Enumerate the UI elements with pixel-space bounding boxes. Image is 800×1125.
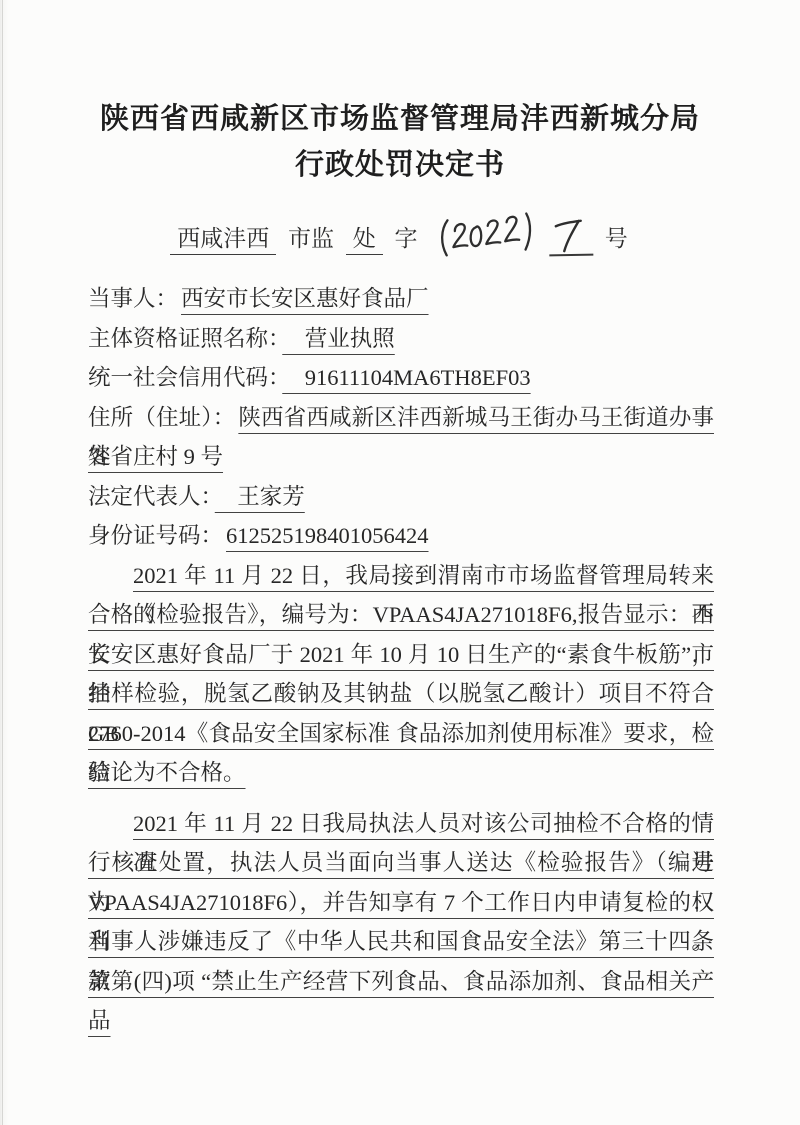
field-value: 612525198401056424 xyxy=(226,523,429,548)
document-title-line1: 陕西省西咸新区市场监督管理局沣西新城分局 xyxy=(0,96,800,142)
field-value: 王家芳 xyxy=(215,484,305,509)
id-number-line: 身份证号码：612525198401056424 xyxy=(88,516,714,556)
docnum-mid1: 市监 xyxy=(288,226,334,251)
paragraph1-line2: 合格《检验报告》，编号为：VPAAS4JA271018F6,报告显示：西安市 xyxy=(88,595,714,635)
docnum-type-blank: 处 xyxy=(346,226,383,255)
paragraph2-line4: 当事人涉嫌违反了《中华人民共和国食品安全法》第三十四条第一 xyxy=(88,922,714,962)
body-text: 款第(四)项 “禁止生产经营下列食品、食品添加剂、食品相关产品 xyxy=(88,969,714,1034)
docnum-mid2: 字 xyxy=(395,226,418,251)
document-title-line2: 行政处罚决定书 xyxy=(0,142,800,188)
paragraph1-line3: 长安区惠好食品厂于 2021 年 10 月 10 日生产的“素食牛板筋”，经 xyxy=(88,635,714,675)
docnum-suffix: 号 xyxy=(605,226,628,251)
field-value: 客省庄村 9 号 xyxy=(88,444,223,469)
field-label: 住所（住址）： xyxy=(88,405,238,430)
party-line: 当事人：西安市长安区惠好食品厂 xyxy=(88,279,714,319)
paragraph1-line5: 2760-2014《食品安全国家标准 食品添加剂使用标准》要求，检验 xyxy=(88,714,714,754)
legal-representative-line: 法定代表人： 王家芳 xyxy=(88,477,714,517)
field-label: 统一社会信用代码： xyxy=(88,365,282,390)
handwritten-year-strokes xyxy=(434,210,536,259)
document-body: 当事人：西安市长安区惠好食品厂 主体资格证照名称： 营业执照 统一社会信用代码：… xyxy=(88,279,714,1001)
scanned-document-page: 陕西省西咸新区市场监督管理局沣西新城分局 行政处罚决定书 西咸沣西 市监 处 字… xyxy=(0,0,800,1125)
handwritten-year-2022: 2022 xyxy=(434,210,536,259)
paragraph2-line3: VPAAS4JA271018F6），并告知享有 7 个工作日内申请复检的权利。 xyxy=(88,883,714,923)
field-value: 西安市长安区惠好食品厂 xyxy=(181,286,429,311)
field-value: 营业执照 xyxy=(282,326,395,351)
field-label: 法定代表人： xyxy=(88,484,215,509)
document-number-line: 西咸沣西 市监 处 字 2022 7 xyxy=(0,212,800,258)
field-label: 当事人： xyxy=(88,286,181,311)
handwritten-number-strokes xyxy=(553,215,586,254)
document-title: 陕西省西咸新区市场监督管理局沣西新城分局 行政处罚决定书 xyxy=(0,0,800,188)
address-line-2: 客省庄村 9 号 xyxy=(88,437,714,477)
field-label: 主体资格证照名称： xyxy=(88,326,282,351)
paragraph1-line1: 2021 年 11 月 22 日，我局接到渭南市市场监督管理局转来的不 xyxy=(88,556,714,596)
field-value: 91611104MA6TH8EF03 xyxy=(282,365,530,390)
paragraph1-line6: 结论为不合格。 xyxy=(88,753,714,793)
paragraph2-line2: 行核查处置，执法人员当面向当事人送达《检验报告》（编号为： xyxy=(88,843,714,883)
paragraph2-line5: 款第(四)项 “禁止生产经营下列食品、食品添加剂、食品相关产品 xyxy=(88,962,714,1002)
field-label: 身份证号码： xyxy=(88,523,226,548)
scan-edge-shadow xyxy=(2,0,3,1125)
paragraph1-line4: 抽样检验，脱氢乙酸钠及其钠盐（以脱氢乙酸计）项目不符合 GB xyxy=(88,674,714,714)
handwritten-number-7: 7 xyxy=(549,215,594,257)
body-text: 结论为不合格。 xyxy=(88,760,246,785)
paragraph2-line1: 2021 年 11 月 22 日我局执法人员对该公司抽检不合格的情况进 xyxy=(88,804,714,844)
address-line-1: 住所（住址）：陕西省西咸新区沣西新城马王街办马王街道办事处 xyxy=(88,398,714,438)
license-name-line: 主体资格证照名称： 营业执照 xyxy=(88,319,714,359)
docnum-authority-blank: 西咸沣西 xyxy=(170,226,276,255)
credit-code-line: 统一社会信用代码： 91611104MA6TH8EF03 xyxy=(88,358,714,398)
